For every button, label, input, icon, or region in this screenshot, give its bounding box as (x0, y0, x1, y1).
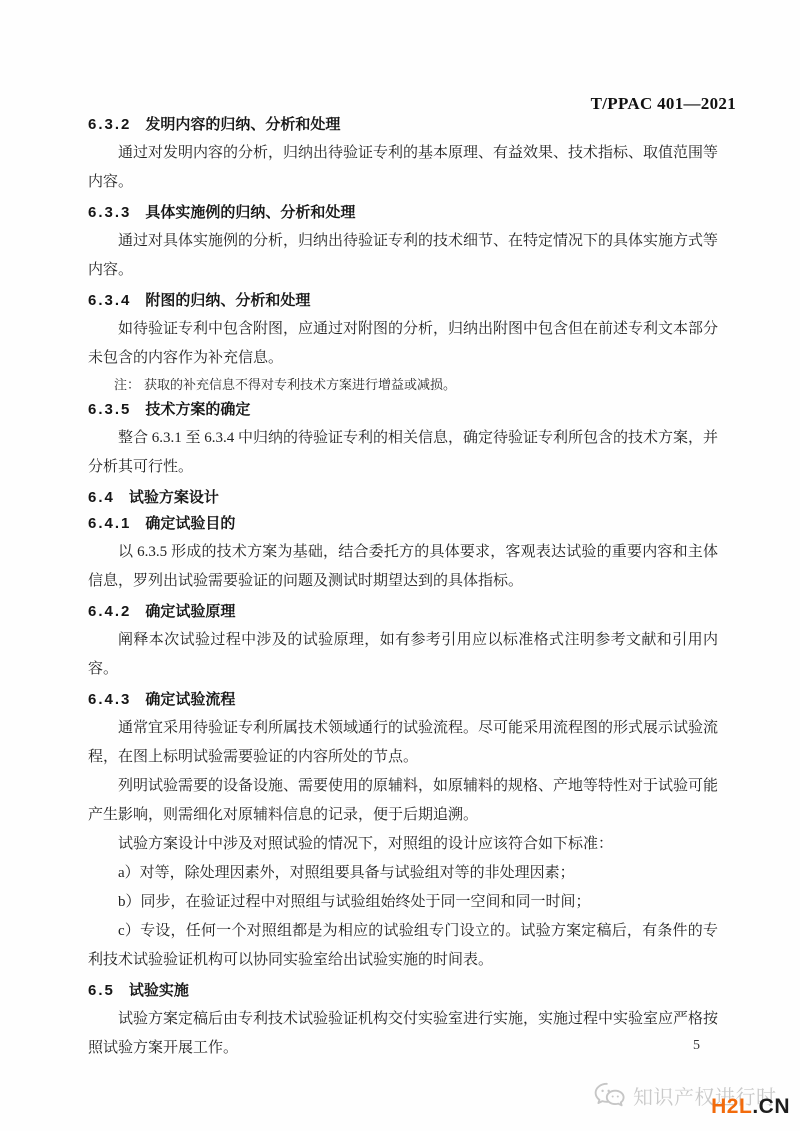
list-item-a: a）对等，除处理因素外，对照组要具备与试验组对等的非处理因素； (88, 859, 718, 888)
brand-logo: H2L.CN (711, 1095, 790, 1119)
watermark: 知识产权进行时 H2L.CN (594, 1081, 790, 1121)
brand-h2l: H2L (711, 1095, 752, 1118)
section-title: 确定试验原理 (145, 603, 235, 620)
section-title: 附图的归纳、分析和处理 (145, 292, 310, 309)
section-title: 技术方案的确定 (145, 401, 250, 418)
section-number: 6.4 (88, 489, 115, 506)
paragraph: 通常宜采用待验证专利所属技术领域通行的试验流程。尽可能采用流程图的形式展示试验流… (88, 714, 718, 772)
paragraph: 列明试验需要的设备设施、需要使用的原辅料，如原辅料的规格、产地等特性对于试验可能… (88, 772, 718, 830)
paragraph: 以 6.3.5 形成的技术方案为基础，结合委托方的具体要求，客观表达试验的重要内… (88, 538, 718, 596)
section-title: 确定试验目的 (145, 515, 235, 532)
note: 注：获取的补充信息不得对专利技术方案进行增益或减损。 (88, 375, 718, 394)
section-number: 6.5 (88, 982, 115, 999)
list-item-b: b）同步，在验证过程中对照组与试验组始终处于同一空间和同一时间； (88, 888, 718, 917)
paragraph: 通过对具体实施例的分析，归纳出待验证专利的技术细节、在特定情况下的具体实施方式等… (88, 227, 718, 285)
section-title: 具体实施例的归纳、分析和处理 (145, 204, 355, 221)
section-heading-6-3-4: 6.3.4附图的归纳、分析和处理 (88, 291, 718, 311)
section-heading-6-3-5: 6.3.5技术方案的确定 (88, 400, 718, 420)
section-number: 6.4.1 (88, 515, 131, 532)
note-text: 获取的补充信息不得对专利技术方案进行增益或减损。 (144, 377, 456, 392)
section-title: 发明内容的归纳、分析和处理 (145, 116, 340, 133)
section-number: 6.4.2 (88, 603, 131, 620)
page-number: 5 (693, 1038, 700, 1054)
section-heading-6-4-2: 6.4.2确定试验原理 (88, 602, 718, 622)
section-number: 6.3.3 (88, 204, 131, 221)
section-heading-6-4-1: 6.4.1确定试验目的 (88, 514, 718, 534)
paragraph: 整合 6.3.1 至 6.3.4 中归纳的待验证专利的相关信息，确定待验证专利所… (88, 424, 718, 482)
paragraph: 通过对发明内容的分析，归纳出待验证专利的基本原理、有益效果、技术指标、取值范围等… (88, 139, 718, 197)
section-number: 6.3.4 (88, 292, 131, 309)
section-number: 6.3.2 (88, 116, 131, 133)
paragraph: 试验方案设计中涉及对照试验的情况下，对照组的设计应该符合如下标准： (88, 830, 718, 859)
section-title: 确定试验流程 (145, 691, 235, 708)
section-heading-6-5: 6.5试验实施 (88, 981, 718, 1001)
paragraph: 阐释本次试验过程中涉及的试验原理，如有参考引用应以标准格式注明参考文献和引用内容… (88, 626, 718, 684)
note-label: 注： (114, 377, 140, 392)
list-item-c: c）专设，任何一个对照组都是为相应的试验组专门设立的。试验方案定稿后，有条件的专… (88, 917, 718, 975)
section-heading-6-4-3: 6.4.3确定试验流程 (88, 690, 718, 710)
section-heading-6-3-2: 6.3.2发明内容的归纳、分析和处理 (88, 115, 718, 135)
document-content: 6.3.2发明内容的归纳、分析和处理 通过对发明内容的分析，归纳出待验证专利的基… (88, 109, 718, 1063)
paragraph: 如待验证专利中包含附图，应通过对附图的分析，归纳出附图中包含但在前述专利文本部分… (88, 315, 718, 373)
section-heading-6-3-3: 6.3.3具体实施例的归纳、分析和处理 (88, 203, 718, 223)
section-number: 6.4.3 (88, 691, 131, 708)
paragraph: 试验方案定稿后由专利技术试验验证机构交付实验室进行实施，实施过程中实验室应严格按… (88, 1005, 718, 1063)
section-title: 试验实施 (129, 982, 189, 999)
section-number: 6.3.5 (88, 401, 131, 418)
section-title: 试验方案设计 (129, 489, 219, 506)
document-page: T/PPAC 401—2021 6.3.2发明内容的归纳、分析和处理 通过对发明… (0, 0, 800, 1131)
brand-cn: .CN (752, 1095, 790, 1118)
wechat-icon (594, 1082, 628, 1110)
section-heading-6-4: 6.4试验方案设计 (88, 488, 718, 508)
